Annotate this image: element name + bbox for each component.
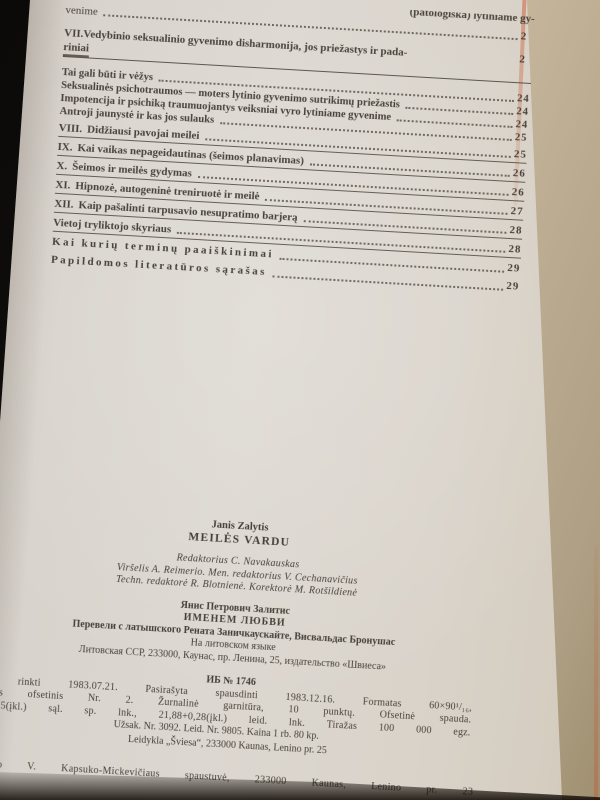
- table-of-contents: (patologiška) lytiniame gy- venime 2 VII…: [51, 0, 535, 295]
- chapter-numeral: XI.: [55, 178, 71, 193]
- book-page-photo: (patologiška) lytiniame gy- venime 2 VII…: [0, 0, 600, 800]
- page-number: 24: [515, 118, 529, 132]
- page-number: 26: [512, 166, 526, 181]
- toc-entry-label: Didžiausi pavojai meilei: [87, 123, 200, 143]
- chapter-numeral: VII.: [64, 26, 84, 41]
- chapter-numeral: XII.: [54, 197, 74, 212]
- printed-content: (patologiška) lytiniame gy- venime 2 VII…: [0, 0, 544, 800]
- page-number: 25: [514, 147, 528, 162]
- chapter-numeral: VIII.: [58, 121, 82, 136]
- toc-entry-label: Vietoj tryliktojo skyriaus: [53, 216, 172, 237]
- page-number: 2: [519, 52, 533, 67]
- toc-entry-label-continued: riniai: [63, 41, 89, 57]
- page-number: 25: [515, 131, 529, 145]
- page-number: 27: [510, 204, 524, 219]
- page-edge-tint: [594, 545, 598, 800]
- toc-entry-label: venime: [65, 3, 98, 19]
- page-number: 29: [507, 261, 521, 277]
- chapter-numeral: IX.: [57, 140, 73, 155]
- page-number: 24: [517, 92, 531, 106]
- dot-leader: [272, 275, 503, 290]
- page-number: 28: [508, 242, 522, 257]
- page-number: 26: [511, 185, 525, 200]
- page-number: 2: [520, 29, 534, 44]
- chapter-numeral: X.: [56, 159, 67, 174]
- toc-entry-label: Šeimos ir meilės gydymas: [72, 160, 192, 181]
- page-number: 24: [516, 105, 530, 119]
- colophon: Janis Zalytis MEILĖS VARDU Redaktorius C…: [0, 507, 480, 799]
- page-number: 28: [509, 223, 523, 238]
- page-number: 29: [506, 279, 520, 295]
